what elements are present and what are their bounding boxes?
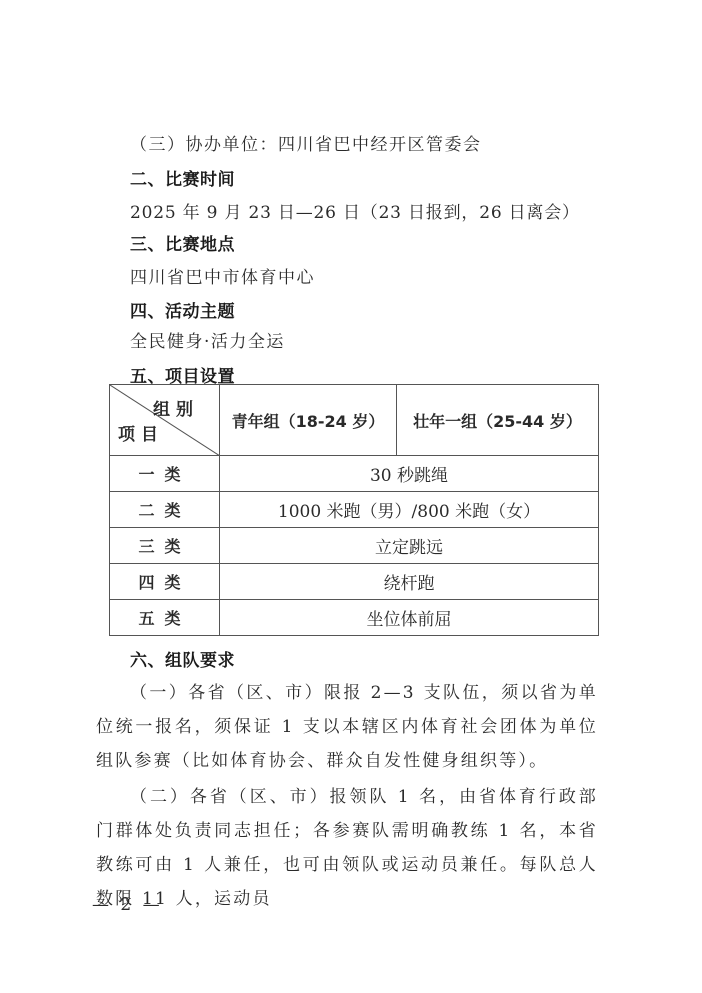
section-heading-venue: 三、比赛地点 [130,230,235,255]
event-cell: 1000 米跑（男）/800 米跑（女） [220,492,599,528]
category-cell: 二类 [110,492,220,528]
table-row: 二类 1000 米跑（男）/800 米跑（女） [110,492,599,528]
corner-cell: 组别 项目 [110,385,220,456]
corner-label-group: 组别 [153,395,199,420]
category-cell: 五类 [110,600,220,636]
event-cell: 坐位体前屈 [220,600,599,636]
section-heading-team: 六、组队要求 [130,646,235,671]
theme-text: 全民健身·活力全运 [130,327,285,352]
table-row: 四类 绕杆跑 [110,564,599,600]
table-row: 三类 立定跳远 [110,528,599,564]
co-organizer-line: （三）协办单位：四川省巴中经开区管委会 [130,130,482,155]
category-cell: 三类 [110,528,220,564]
paragraph-team-limit: （一）各省（区、市）限报 2—3 支队伍，须以省为单位统一报名，须保证 1 支以… [96,676,598,778]
corner-label-item: 项目 [118,420,164,445]
table-header-row: 组别 项目 青年组（18-24 岁） 壮年一组（25-44 岁） [110,385,599,456]
page-number: — 2 — [92,895,163,915]
table-row: 一类 30 秒跳绳 [110,456,599,492]
time-text: 2025 年 9 月 23 日—26 日（23 日报到，26 日离会） [130,198,580,223]
column-header-youth: 青年组（18-24 岁） [220,385,397,456]
event-cell: 绕杆跑 [220,564,599,600]
section-heading-theme: 四、活动主题 [130,297,235,322]
table-row: 五类 坐位体前屈 [110,600,599,636]
section-heading-time: 二、比赛时间 [130,165,235,190]
venue-text: 四川省巴中市体育中心 [130,263,315,288]
events-table: 组别 项目 青年组（18-24 岁） 壮年一组（25-44 岁） 一类 30 秒… [109,384,599,636]
category-cell: 一类 [110,456,220,492]
column-header-adult: 壮年一组（25-44 岁） [397,385,599,456]
event-cell: 30 秒跳绳 [220,456,599,492]
category-cell: 四类 [110,564,220,600]
paragraph-leader: （二）各省（区、市）报领队 1 名，由省体育行政部门群体处负责同志担任；各参赛队… [96,780,598,916]
event-cell: 立定跳远 [220,528,599,564]
